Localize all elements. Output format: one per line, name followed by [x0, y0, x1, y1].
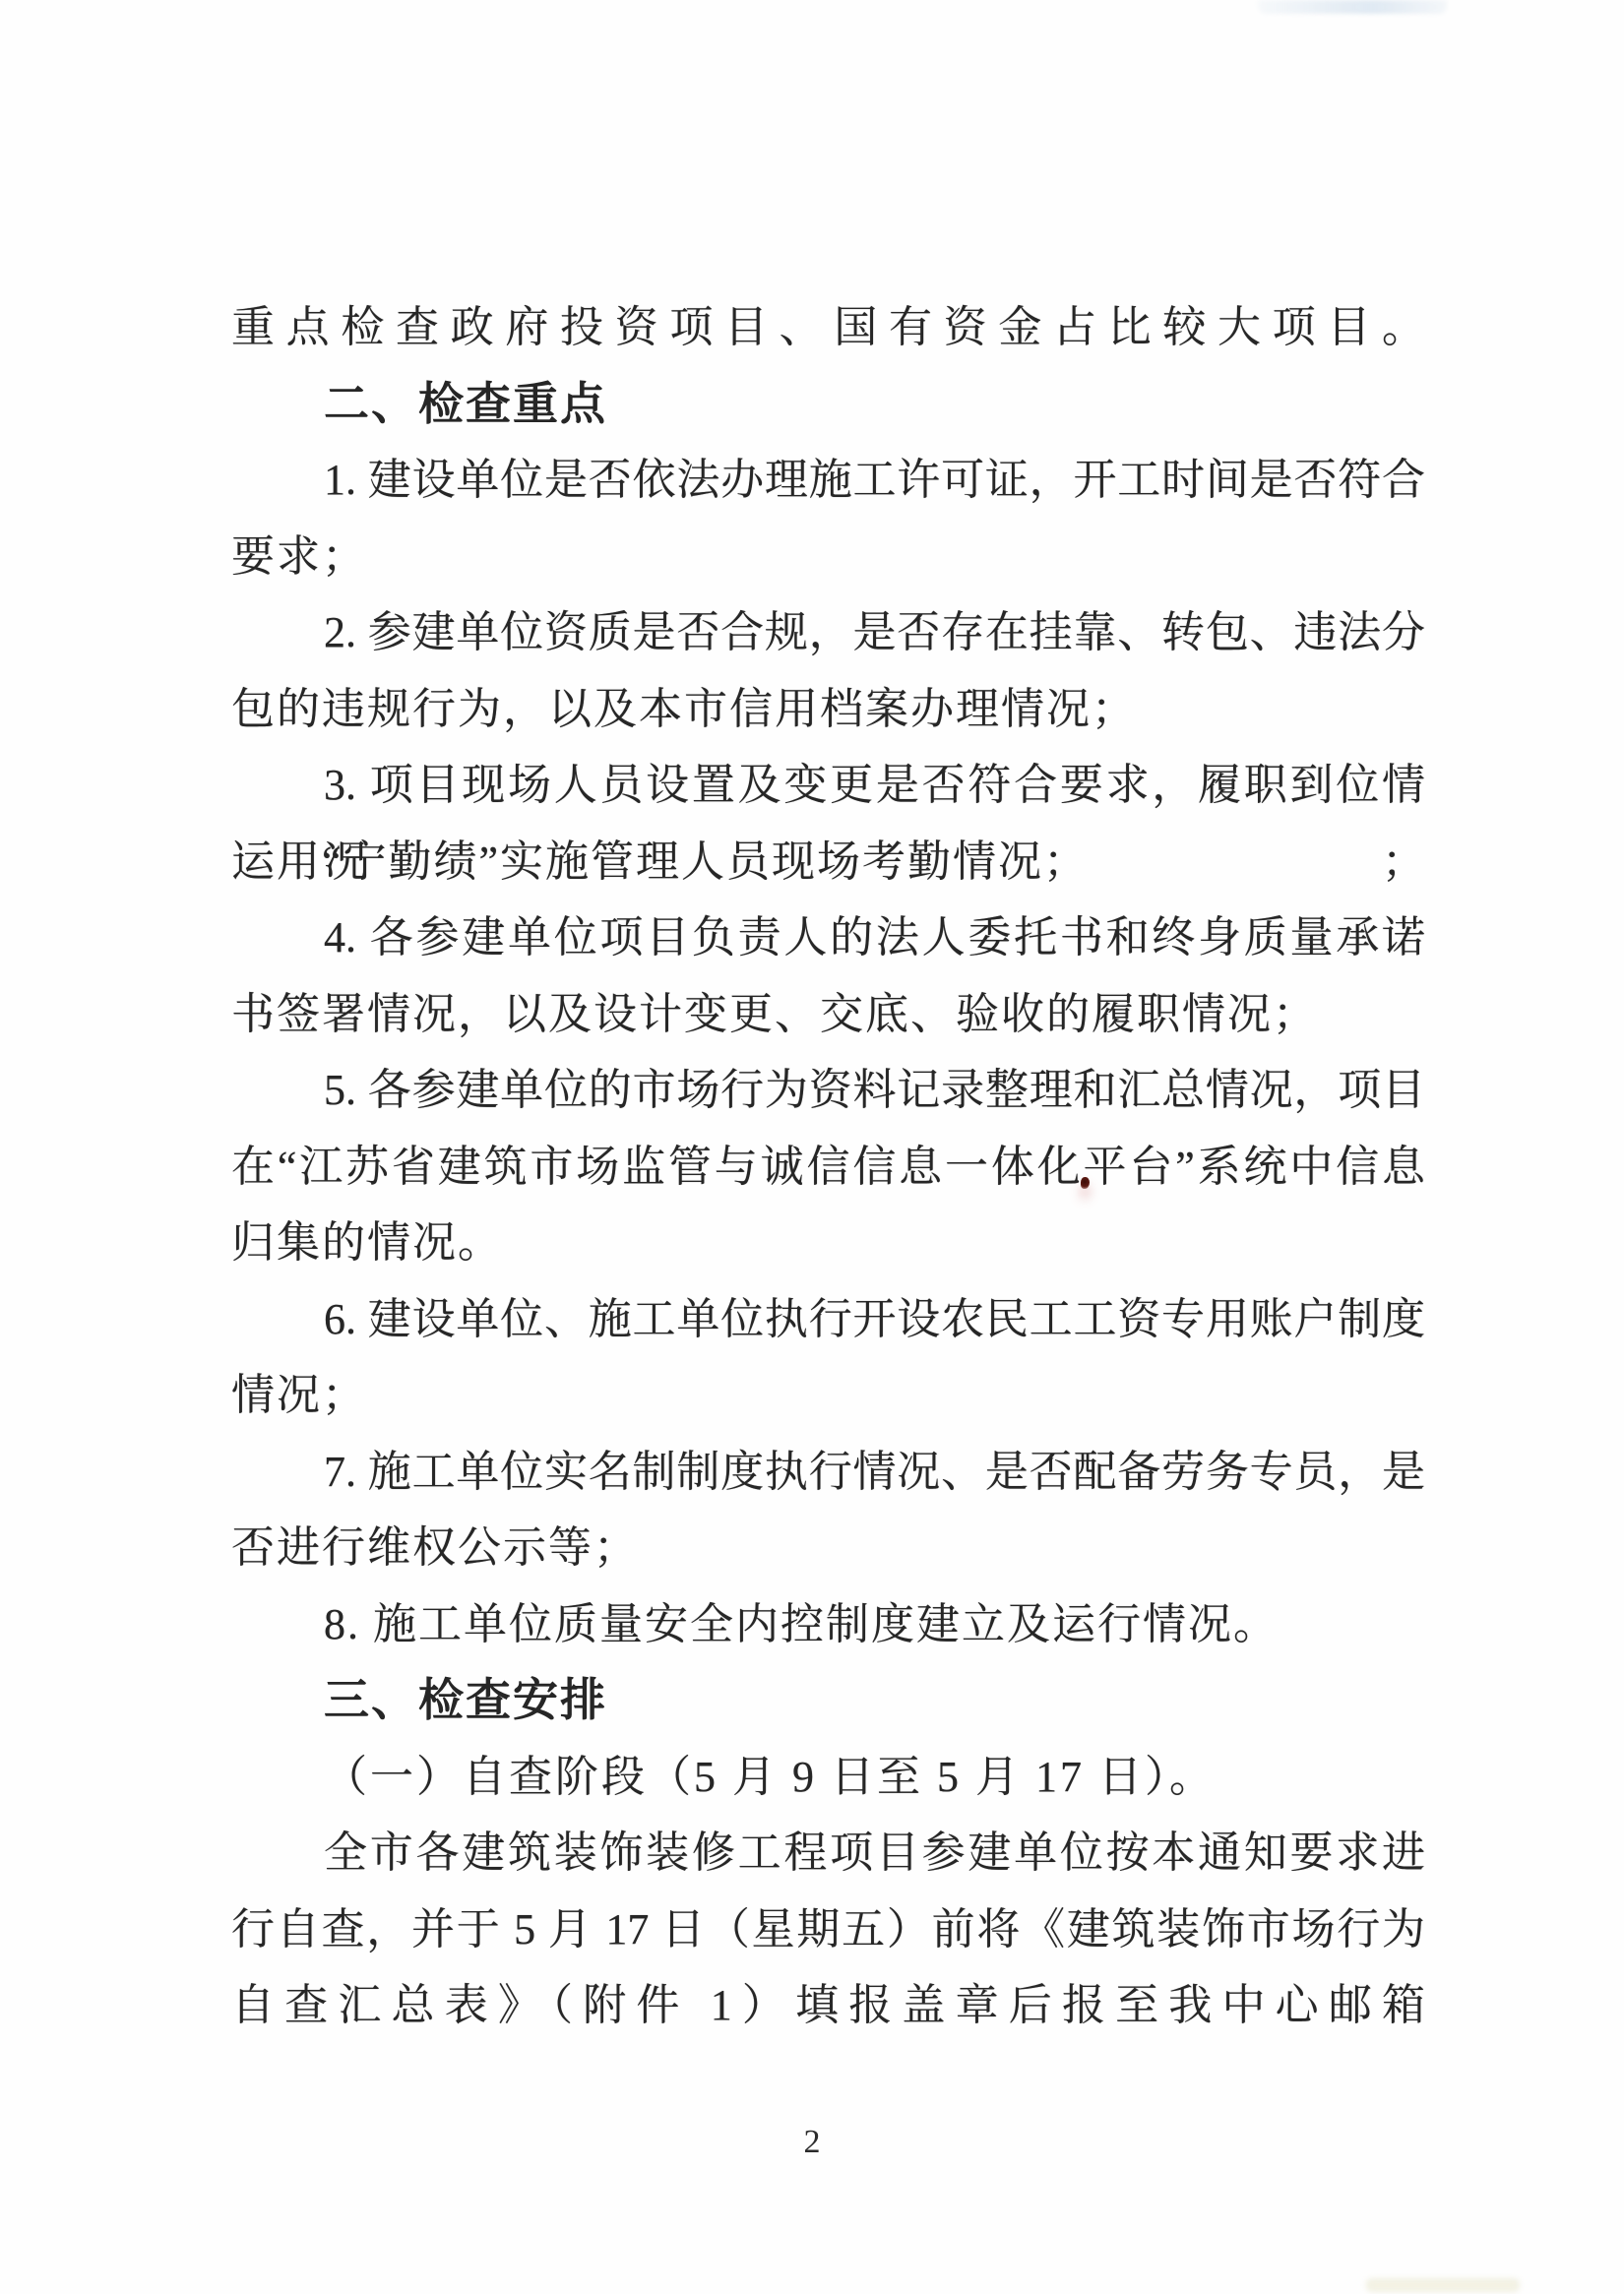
- scan-artifact-bottom-right: [1366, 2278, 1520, 2292]
- text-line: 要求；: [231, 519, 1425, 595]
- text-line-item-1: 1. 建设单位是否依法办理施工许可证，开工时间是否符合: [231, 442, 1425, 519]
- text-line-item-7: 7. 施工单位实名制制度执行情况、是否配备劳务专员，是: [231, 1434, 1425, 1511]
- text-line: 包的违规行为，以及本市信用档案办理情况；: [231, 671, 1425, 748]
- text-line: 全市各建筑装饰装修工程项目参建单位按本通知要求进: [231, 1815, 1425, 1891]
- text-line: 行自查，并于 5 月 17 日（星期五）前将《建筑装饰市场行为: [231, 1891, 1425, 1968]
- text-line-item-4: 4. 各参建单位项目负责人的法人委托书和终身质量承诺: [231, 899, 1425, 976]
- scan-artifact-top-right: [1258, 0, 1447, 14]
- text-line-item-3: 3. 项目现场人员设置及变更是否符合要求，履职到位情况；: [231, 747, 1425, 824]
- text-line: 重点检查政府投资项目、国有资金占比较大项目。: [231, 289, 1425, 366]
- text-line-item-6: 6. 建设单位、施工单位执行开设农民工工资专用账户制度: [231, 1281, 1425, 1358]
- text-line-item-8: 8. 施工单位质量安全内控制度建立及运行情况。: [231, 1586, 1425, 1663]
- text-line: 在“江苏省建筑市场监管与诚信信息一体化平台”系统中信息: [231, 1129, 1425, 1206]
- section-heading-3: 三、检查安排: [231, 1662, 1425, 1739]
- subsection-heading: （一）自查阶段（5 月 9 日至 5 月 17 日）。: [231, 1739, 1425, 1816]
- text-line: 归集的情况。: [231, 1205, 1425, 1281]
- text-line: 否进行维权公示等；: [231, 1510, 1425, 1586]
- text-line-item-2: 2. 参建单位资质是否合规，是否存在挂靠、转包、违法分: [231, 594, 1425, 671]
- page-number: 2: [0, 2118, 1624, 2167]
- section-heading-2: 二、检查重点: [231, 366, 1425, 443]
- text-line: 书签署情况，以及设计变更、交底、验收的履职情况；: [231, 976, 1425, 1053]
- text-line: 自查汇总表》（附件 1）填报盖章后报至我中心邮箱: [231, 1967, 1425, 2044]
- document-page: 重点检查政府投资项目、国有资金占比较大项目。 二、检查重点 1. 建设单位是否依…: [0, 0, 1624, 2294]
- text-line-item-5: 5. 各参建单位的市场行为资料记录整理和汇总情况，项目: [231, 1052, 1425, 1129]
- document-body: 重点检查政府投资项目、国有资金占比较大项目。 二、检查重点 1. 建设单位是否依…: [231, 289, 1425, 2044]
- text-line: 情况；: [231, 1357, 1425, 1434]
